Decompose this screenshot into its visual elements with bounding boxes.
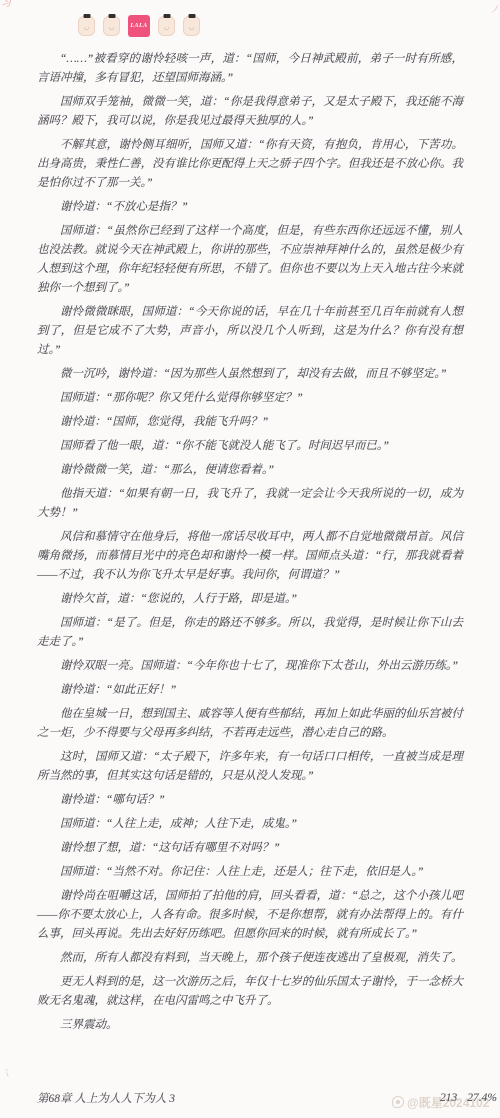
paragraph: 谢怜微微眯眼，国师道：“今天你说的话，早在几十年前甚至几百年前就有人想到了，但是…: [37, 303, 463, 360]
paragraph: 谢怜道：“国师，您觉得，我能飞升吗？”: [37, 413, 463, 432]
paragraph: 三界震动。: [37, 1016, 463, 1035]
paragraph: “……”被看穿的谢怜轻咳一声，道：“国师，今日神武殿前，弟子一时有所感，言语冲撞…: [37, 50, 463, 88]
paragraph: 国师道：“是了。但是，你走的路还不够多。所以，我觉得，是时候让你下山去走走了。”: [37, 614, 463, 652]
paragraph: 谢怜道：“不放心是指？”: [37, 198, 463, 217]
jar-cap-icon: [163, 14, 170, 18]
chapter-text[interactable]: “……”被看穿的谢怜轻咳一声，道：“国师，今日神武殿前，弟子一时有所感，言语冲撞…: [37, 50, 463, 1040]
red-edge-mark: 丿: [489, 3, 500, 15]
paragraph: 国师看了他一眼，道：“你不能飞就没人能飞了。时间迟早而已。”: [37, 437, 463, 456]
red-edge-mark: 乁: [0, 1068, 9, 1078]
paragraph: 然而，所有人都没有料到，当天晚上，那个孩子便连夜逃出了皇极观，消失了。: [37, 949, 463, 968]
paragraph: 风信和慕情守在他身后，将他一席话尽收耳中，两人都不自觉地微微昂首。风信嘴角微扬，…: [37, 528, 463, 585]
paragraph: 谢怜尚在咀嚼这话，国师拍了拍他的肩，回头看看，道：“总之，这个小孩儿吧——你不要…: [37, 887, 463, 944]
paragraph: 国师道：“人往上走，成神；人往下走，成鬼。”: [37, 815, 463, 834]
paragraph: 谢怜双眼一亮。国师道：“今年你也十七了，现准你下太苍山，外出云游历练。”: [37, 657, 463, 676]
paragraph: 国师双手笼袖，微微一笑，道：“你是我得意弟子，又是太子殿下，我还能不海涵吗？殿下…: [37, 93, 463, 131]
jar-cap-icon: [83, 14, 90, 18]
paragraph: 这时，国师又道：“太子殿下，许多年来，有一句话口口相传，一直被当成是理所当然的事…: [37, 748, 463, 786]
jar-sticker-icon: ◡: [183, 16, 200, 36]
paragraph: 国师道：“当然不对。你记住：人往上走，还是人；往下走，依旧是人。”: [37, 863, 463, 882]
chapter-title: 第68章 人上为人人下为人 3: [37, 1090, 175, 1106]
reader-page: ◡ ◡ LALA ◡ ◡ “……”被看穿的谢怜轻咳一声，道：“国师，今日神武殿前…: [0, 0, 500, 1118]
paragraph: 更无人料到的是，这一次游历之后，年仅十七岁的仙乐国太子谢怜，于一念桥大败无名鬼魂…: [37, 973, 463, 1011]
lala-pink-sticker-icon: LALA: [128, 15, 150, 37]
paragraph: 他在皇城一日，想到国主、戚容等人便有些郁结，再加上如此华丽的仙乐宫被付之一炬，少…: [37, 705, 463, 743]
jar-face-icon: ◡: [104, 22, 119, 32]
paragraph: 谢怜想了想，道：“这句话有哪里不对吗？”: [37, 839, 463, 858]
paragraph: 谢怜道：“如此正好！”: [37, 681, 463, 700]
paragraph: 他指天道：“如果有朝一日，我飞升了，我就一定会让今天我所说的一切，成为大势！”: [37, 485, 463, 523]
sticker-row: ◡ ◡ LALA ◡ ◡: [78, 13, 200, 39]
reading-progress: 213 27.4%: [440, 1092, 497, 1104]
paragraph: 谢怜欠首，道：“您说的，人行于路，即是道。”: [37, 590, 463, 609]
progress-percent: 27.4%: [467, 1092, 497, 1104]
jar-cap-icon: [188, 14, 195, 18]
jar-face-icon: ◡: [79, 22, 94, 32]
jar-cap-icon: [108, 14, 115, 18]
jar-face-icon: ◡: [159, 22, 174, 32]
weibo-logo-icon: [392, 1096, 404, 1108]
paragraph: 不解其意，谢怜侧耳细听，国师又道：“你有天资，有抱负，肯用心，下苦功。出身高贵，…: [37, 136, 463, 193]
paragraph: 谢怜微微一笑，道：“那么，便请您看着。”: [37, 461, 463, 480]
jar-sticker-icon: ◡: [103, 16, 120, 36]
jar-sticker-icon: ◡: [158, 16, 175, 36]
paragraph: 微一沉吟，谢怜道：“因为那些人虽然想到了，却没有去做，而且不够坚定。”: [37, 365, 463, 384]
page-number: 213: [440, 1092, 457, 1104]
jar-sticker-icon: ◡: [78, 16, 95, 36]
jar-face-icon: ◡: [184, 22, 199, 32]
paragraph: 国师道：“那你呢？你又凭什么觉得你够坚定？”: [37, 389, 463, 408]
paragraph: 谢怜道：“哪句话？”: [37, 791, 463, 810]
red-edge-mark: 习: [1, 0, 11, 9]
paragraph: 国师道：“虽然你已经到了这样一个高度，但是，有些东西你还远远不懂，别人也没法教。…: [37, 222, 463, 298]
